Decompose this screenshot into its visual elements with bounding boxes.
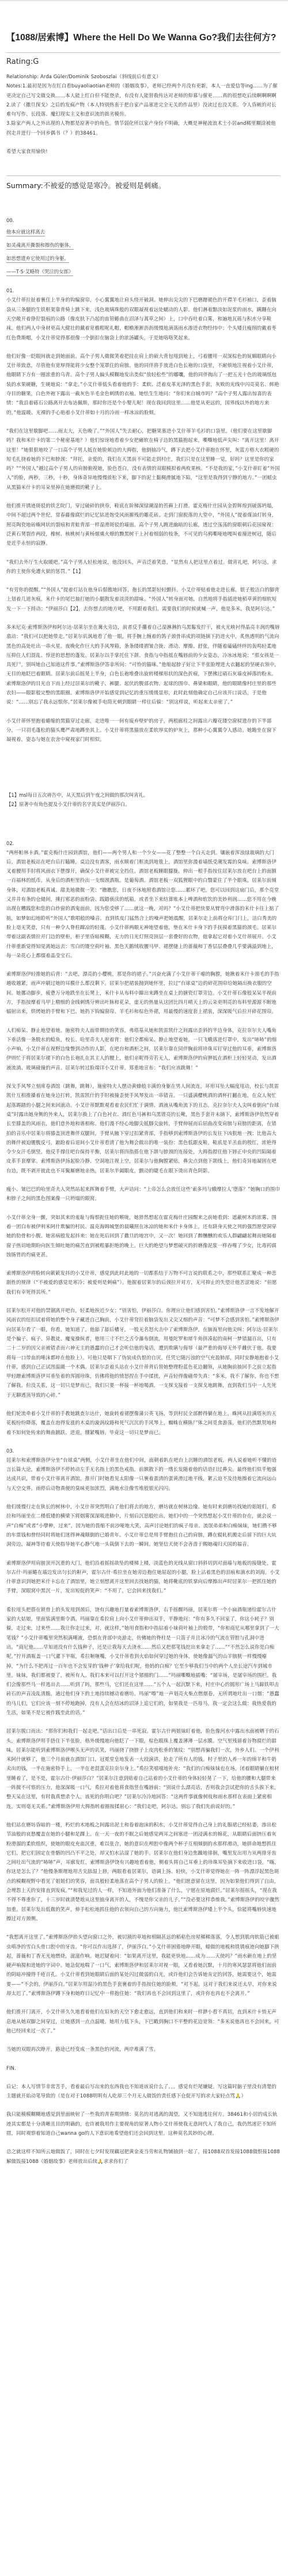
section-number: 00. bbox=[6, 216, 280, 225]
footnote: 【2】原著中有角色提及小艾什蒂的名字其实是伊丽莎白。 bbox=[6, 800, 280, 809]
section-number: 03. bbox=[6, 1446, 280, 1455]
spacer bbox=[6, 1437, 280, 1446]
greeting: 希望大家食用愉快! bbox=[6, 147, 280, 156]
paragraph: 他们站在磨坊昏暗的一楼，朽烂的木地板之间露出泥土和卷着泡沫的积水，小艾什蒂觉得自… bbox=[6, 1820, 280, 1923]
note-2: 2.读了《撒旦探戈》之后的发疯产物（本人特别热衷于把自家产品塞进完全无关的作品里… bbox=[6, 100, 280, 119]
rating-label: Rating:G bbox=[6, 58, 280, 66]
paragraph: 他们推开门离开，小艾什蒂久久地看着他们在铅灰的天空下愈走愈远，直到他们和来时一样… bbox=[6, 2007, 280, 2035]
divider bbox=[6, 175, 280, 176]
epigraph-line: 如灵魂离开撕裂和擦伤的躯体， bbox=[6, 242, 74, 250]
section-02-body: “两杯帕林卡酒。”霍克梅什庄园到酒馆，他们——两个男人和一个少女——花了整整一个… bbox=[6, 848, 280, 1437]
paragraph: “我想离开这里了。”索博斯洛伊抬头望向窗口之外，被切割的草地和相隔甚远的稻秸色房… bbox=[6, 1932, 280, 1998]
footnotes: 【1】msl每日五次祷告中，从天黑后到午夜之间做的那次叫宵礼。 【2】原著中有角… bbox=[6, 790, 280, 809]
notes-block: Relationship: Arda Güler/Dominik Szobosz… bbox=[6, 72, 280, 156]
epigraph-line: 他本应就这样离去 bbox=[6, 228, 45, 236]
afterword-paragraph: 后记：本人写情节非常苦手，看着最后写出来的东西我也不知道该说什么了。。。感觉有烂… bbox=[6, 2082, 280, 2101]
paragraph: 居莱尔和索博斯洛伊分坐“台球桌”两侧，小艾什蒂坐在他们中间，面朝着趴在吧台上沉睡… bbox=[6, 1455, 280, 1493]
paragraph: 居莱尔松开对他的禁锢离开吧台，轻柔地挨近少女：“别害怕，伊丽莎白。你理应让他们感… bbox=[6, 1306, 280, 1400]
paragraph: 瘦小、皱巴巴的哈里奇夫人突然站起来挥舞着手臂，大声诘问：“上帝怎么会放任这些‘索… bbox=[6, 1184, 280, 1203]
paragraph: 他们轮流牵着小艾什蒂的手教她跳查尔达什，她旋转着裙摆像蒲公英飞扬，等到村民全部醉… bbox=[6, 1409, 280, 1437]
spacer bbox=[6, 278, 280, 286]
paragraph: “我们去外厅生火取暖吧。”高个子男人轻松地说，他没回头，声音泛着笑意，“显然有人… bbox=[6, 557, 280, 576]
paragraph: 小艾什蒂拉扯着裹住上半身的钩编窗帘，小心翼翼地让肩头绕开破洞。她伸出尖尖的下巴磨… bbox=[6, 295, 280, 342]
note-3: 3.除家产两人之外出现的人物都是原著中的角色。情节弱化所以家产身份不明确，大概是… bbox=[6, 119, 280, 137]
section-number: 02. bbox=[6, 839, 280, 848]
paragraph: 当她的双眼再次睁开，路途已经变成一条黑色的河流，两岸堆满了雪。 bbox=[6, 2044, 280, 2054]
epigraph: 他本应就这样离去 如灵魂离开撕裂和擦伤的躯体， 如思想遗弃它使用过的身躯。 ——… bbox=[6, 225, 280, 278]
paragraph: 他们好像一眨眼间就走到她面前。高个子男人微微笑着把挂在肩上的硕大背包甩到地上，弓… bbox=[6, 351, 280, 417]
paragraph: 他们缓慢行走在狭长的树林中，小艾什蒂突然明白了他们将去的地方，磨坊就在树林边缘。… bbox=[6, 1502, 280, 1549]
paragraph: “有劳你的提醒。”“外国人”提着灯站在他身后倨傲地回答，拖长的黑影轻轻颤抖。小艾… bbox=[6, 585, 280, 613]
ending: FIN. 后记：本人写情节非常苦手，看着最后写出来的东西我也不知道该说什么了。。… bbox=[6, 2063, 280, 2166]
relationship-line: Relationship: Arda Güler/Dominik Szobosz… bbox=[6, 72, 280, 81]
afterword-paragraph: 总之就这样不知所云地做饭了，同时在七夕时发现藕冠把黄金麦当劳和礼物铺抽到一起了，… bbox=[6, 2147, 280, 2166]
paragraph: 居莱尔脱口而出：“那你们和我们一起走吧。”话出口后是一串死寂。霍尔古什两姐妹盯着… bbox=[6, 1726, 280, 1811]
afterword-paragraph: 我只能模模糊糊地感觉到里面映射了一些我的青春期情绪：莫名的对逃离的渴望，又不知道… bbox=[6, 2109, 280, 2138]
paragraph: 索博斯洛伊轻推她的后背：“去吧，漂亮的小樱桃，那是你的裙子。”兴奋充满了小艾什蒂… bbox=[6, 969, 280, 1016]
spacer bbox=[6, 744, 280, 790]
spacer bbox=[6, 190, 280, 216]
summary: Summary:不被爱的感觉是寒冷。被爱则是刺痛。 bbox=[6, 180, 280, 190]
paragraph: 索博斯洛伊将脸转向簌簌发抖的小艾什蒂，感觉到此时此地的一切都系结于万物不可言说的… bbox=[6, 1268, 280, 1297]
spacer bbox=[6, 137, 280, 147]
paragraph: “两杯帕林卡酒。”霍克梅什庄园到酒馆，他们——两个男人和一个少女——花了整整一个… bbox=[6, 848, 280, 961]
paragraph: 小艾什蒂全身一颤，突如其来的羞耻与悔恨扼住她的喉咙，她猝然想起在霍克梅什庄园醒来… bbox=[6, 1213, 280, 1259]
paragraph: 多米尼克·索博斯洛伊和阿尔达·居莱尔坐在篝火旁边，前者反手攥着自己湿淋淋的乌黑鬈… bbox=[6, 622, 280, 707]
paragraph: 小艾什蒂怀里抱着蜷缩的黑猫穿过走廊，走进唯一一间有废弃壁炉的房子，两根廊柱之间露… bbox=[6, 716, 280, 744]
paragraph: 希拉甩头把搭在锁骨上的头发甩到颈后，饶有兴趣地打量着索博斯洛伊，右手摇醒玛丽，居… bbox=[6, 1605, 280, 1718]
note-1: Notes:1.最初是因为在红白看buyaoliaotian老师的《婚姻故事》，… bbox=[6, 81, 280, 100]
epigraph-attribution: ——T·S·艾略特《哭泣的女郎》 bbox=[6, 268, 73, 276]
spacer bbox=[6, 156, 280, 175]
epigraph-line: 如思想遗弃它使用过的身躯。 bbox=[6, 255, 69, 263]
paragraph: 索博斯洛伊用肩膀顶开沉重的大门，他们沿着摇摇欲坠的楼梯上楼，淡蓝色的光线从窗口斜… bbox=[6, 1558, 280, 1596]
spacer bbox=[6, 2054, 280, 2063]
section-01-body: 小艾什蒂拉扯着裹住上半身的钩编窗帘，小心翼翼地让肩头绕开破洞。她伸出尖尖的下巴磨… bbox=[6, 295, 280, 744]
paragraph: 人们痴呆、静止地望着她。施密特夫人面带期待的笑容，弗塔基从她和凯雷凯什之间露出歪… bbox=[6, 1026, 280, 1072]
section-number: 01. bbox=[6, 286, 280, 295]
fin-label: FIN. bbox=[6, 2063, 280, 2073]
section-03-body: 居莱尔和索博斯洛伊分坐“台球桌”两侧，小艾什蒂坐在他们中间，面朝着趴在吧台上沉睡… bbox=[6, 1455, 280, 2054]
divider bbox=[6, 52, 280, 53]
article: 【1088/居索博】Where the Hell Do We Wanna Go?… bbox=[0, 1, 288, 2166]
paragraph: 探戈手风琴立刻席卷酒馆（跳舞，跳舞），施密特夫人摆动黄蜂般丰满的身躯在男人间流连… bbox=[6, 1081, 280, 1175]
footnote: 【1】msl每日五次祷告中，从天黑后到午夜之间做的那次叫宵礼。 bbox=[6, 790, 280, 800]
paragraph: 他们推开锈迹斑驳的铁艺院门，穿过破碎的拱券，鞋底在阶梯深绿潮湿的苔藓上打滑。霍克… bbox=[6, 501, 280, 548]
paragraph: “我们在这里歇脚吧……雨太大，天色晚了。”“外国人”失去耐心，把糖果塞进小艾什蒂… bbox=[6, 426, 280, 492]
spacer bbox=[6, 809, 280, 839]
page-title: 【1088/居索博】Where the Hell Do We Wanna Go?… bbox=[6, 31, 280, 44]
